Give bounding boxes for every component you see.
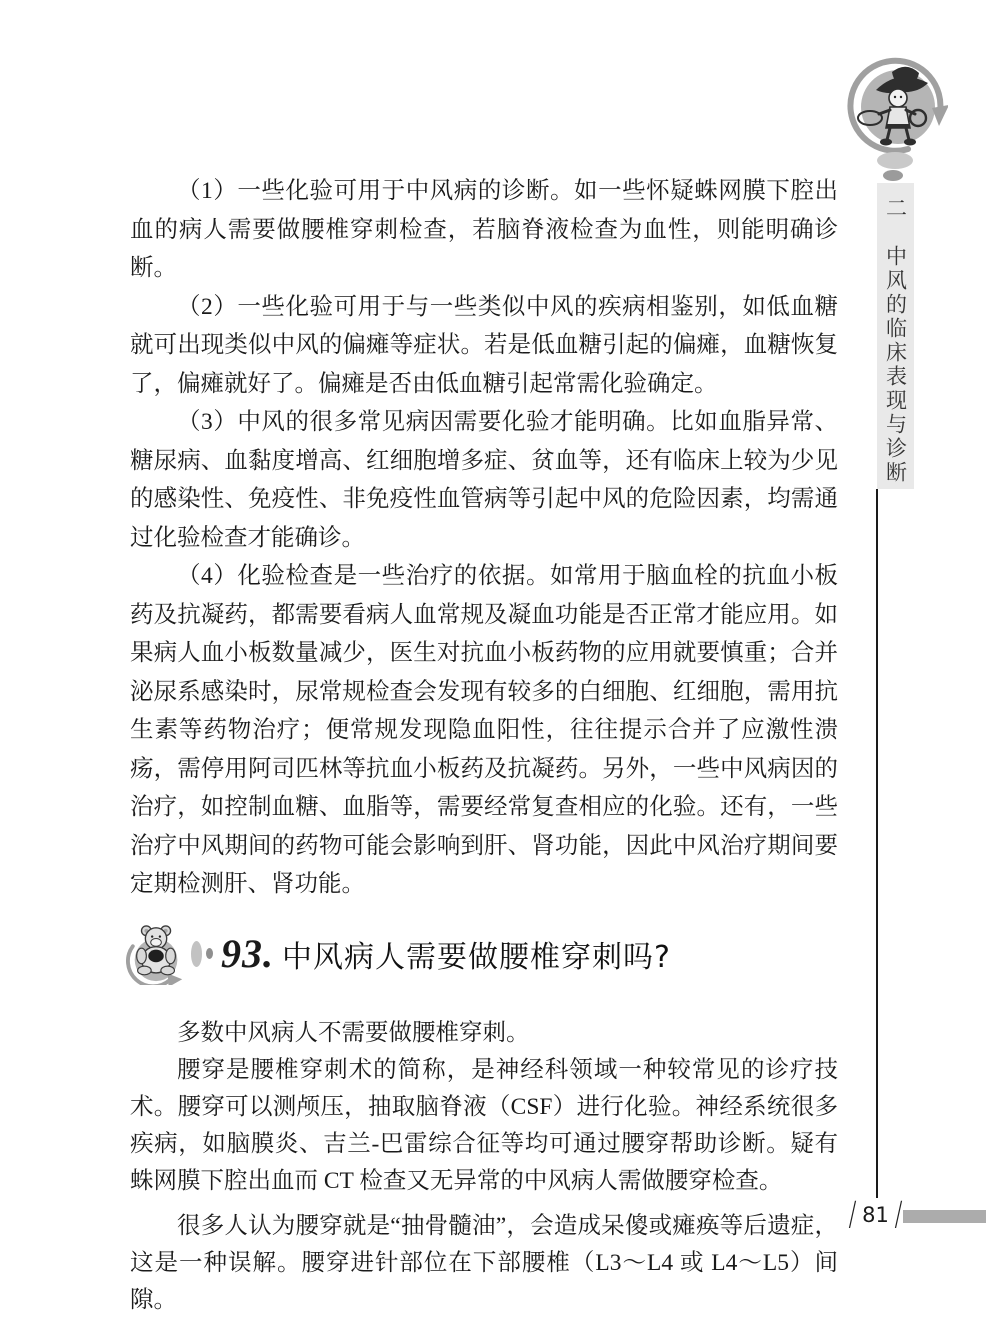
answer-paragraphs-q93: 多数中风病人不需要做腰椎穿刺。 腰穿是腰椎穿刺术的简称，是神经科领域一种较常见的…: [130, 1015, 838, 1319]
book-page: { "colors": { "text": "#1a1a1a", "sideba…: [0, 0, 986, 1327]
heading-dot-small: [206, 948, 213, 959]
mascot-shadow-dot: [883, 170, 903, 181]
paragraph: （4）化验检查是一些治疗的依据。如常用于脑血栓的抗血小板药及抗凝药，都需要看病人…: [130, 557, 838, 904]
question-title: 中风病人需要做腰椎穿刺吗?: [282, 932, 671, 976]
paragraph: （1）一些化验可用于中风病的诊断。如一些怀疑蛛网膜下腔出血的病人需要做腰椎穿刺检…: [130, 172, 838, 288]
footer-gray-bar: [903, 1210, 986, 1223]
heading-dot-large: [191, 941, 202, 967]
mascot-shadow-ellipse: [877, 152, 913, 169]
paragraph: 很多人认为腰穿就是“抽骨髓油”，会造成呆傻或瘫痪等后遗症，这是一种误解。腰穿进针…: [130, 1208, 838, 1319]
main-text-column: （1）一些化验可用于中风病的诊断。如一些怀疑蛛网膜下腔出血的病人需要做腰椎穿刺检…: [130, 172, 838, 1319]
page-number-block: / 81 /: [847, 1196, 904, 1230]
chapter-title-vertical: 二 中风的临床表现与诊断: [881, 197, 911, 489]
cowboy-mascot-icon: [846, 56, 948, 154]
teddy-bear-icon: [126, 923, 188, 985]
sidebar-rule-line: [876, 489, 878, 1198]
paragraph: （3）中风的很多常见病因需要化验才能明确。比如血脂异常、糖尿病、血黏度增高、红细…: [130, 403, 838, 557]
page-number-slash-right: /: [894, 1197, 902, 1230]
page-number: 81: [862, 1203, 889, 1227]
section-heading: 93. 中风病人需要做腰椎穿刺吗?: [126, 923, 838, 985]
answer-paragraphs-q92: （1）一些化验可用于中风病的诊断。如一些怀疑蛛网膜下腔出血的病人需要做腰椎穿刺检…: [130, 172, 838, 904]
question-number: 93.: [221, 930, 274, 977]
paragraph: 多数中风病人不需要做腰椎穿刺。: [130, 1015, 838, 1052]
paragraph: 腰穿是腰椎穿刺术的简称，是神经科领域一种较常见的诊疗技术。腰穿可以测颅压，抽取脑…: [130, 1052, 838, 1200]
page-number-slash-left: /: [849, 1197, 857, 1230]
chapter-tab: 二 中风的临床表现与诊断: [877, 183, 914, 489]
paragraph: （2）一些化验可用于与一些类似中风的疾病相鉴别，如低血糖就可出现类似中风的偏瘫等…: [130, 288, 838, 404]
